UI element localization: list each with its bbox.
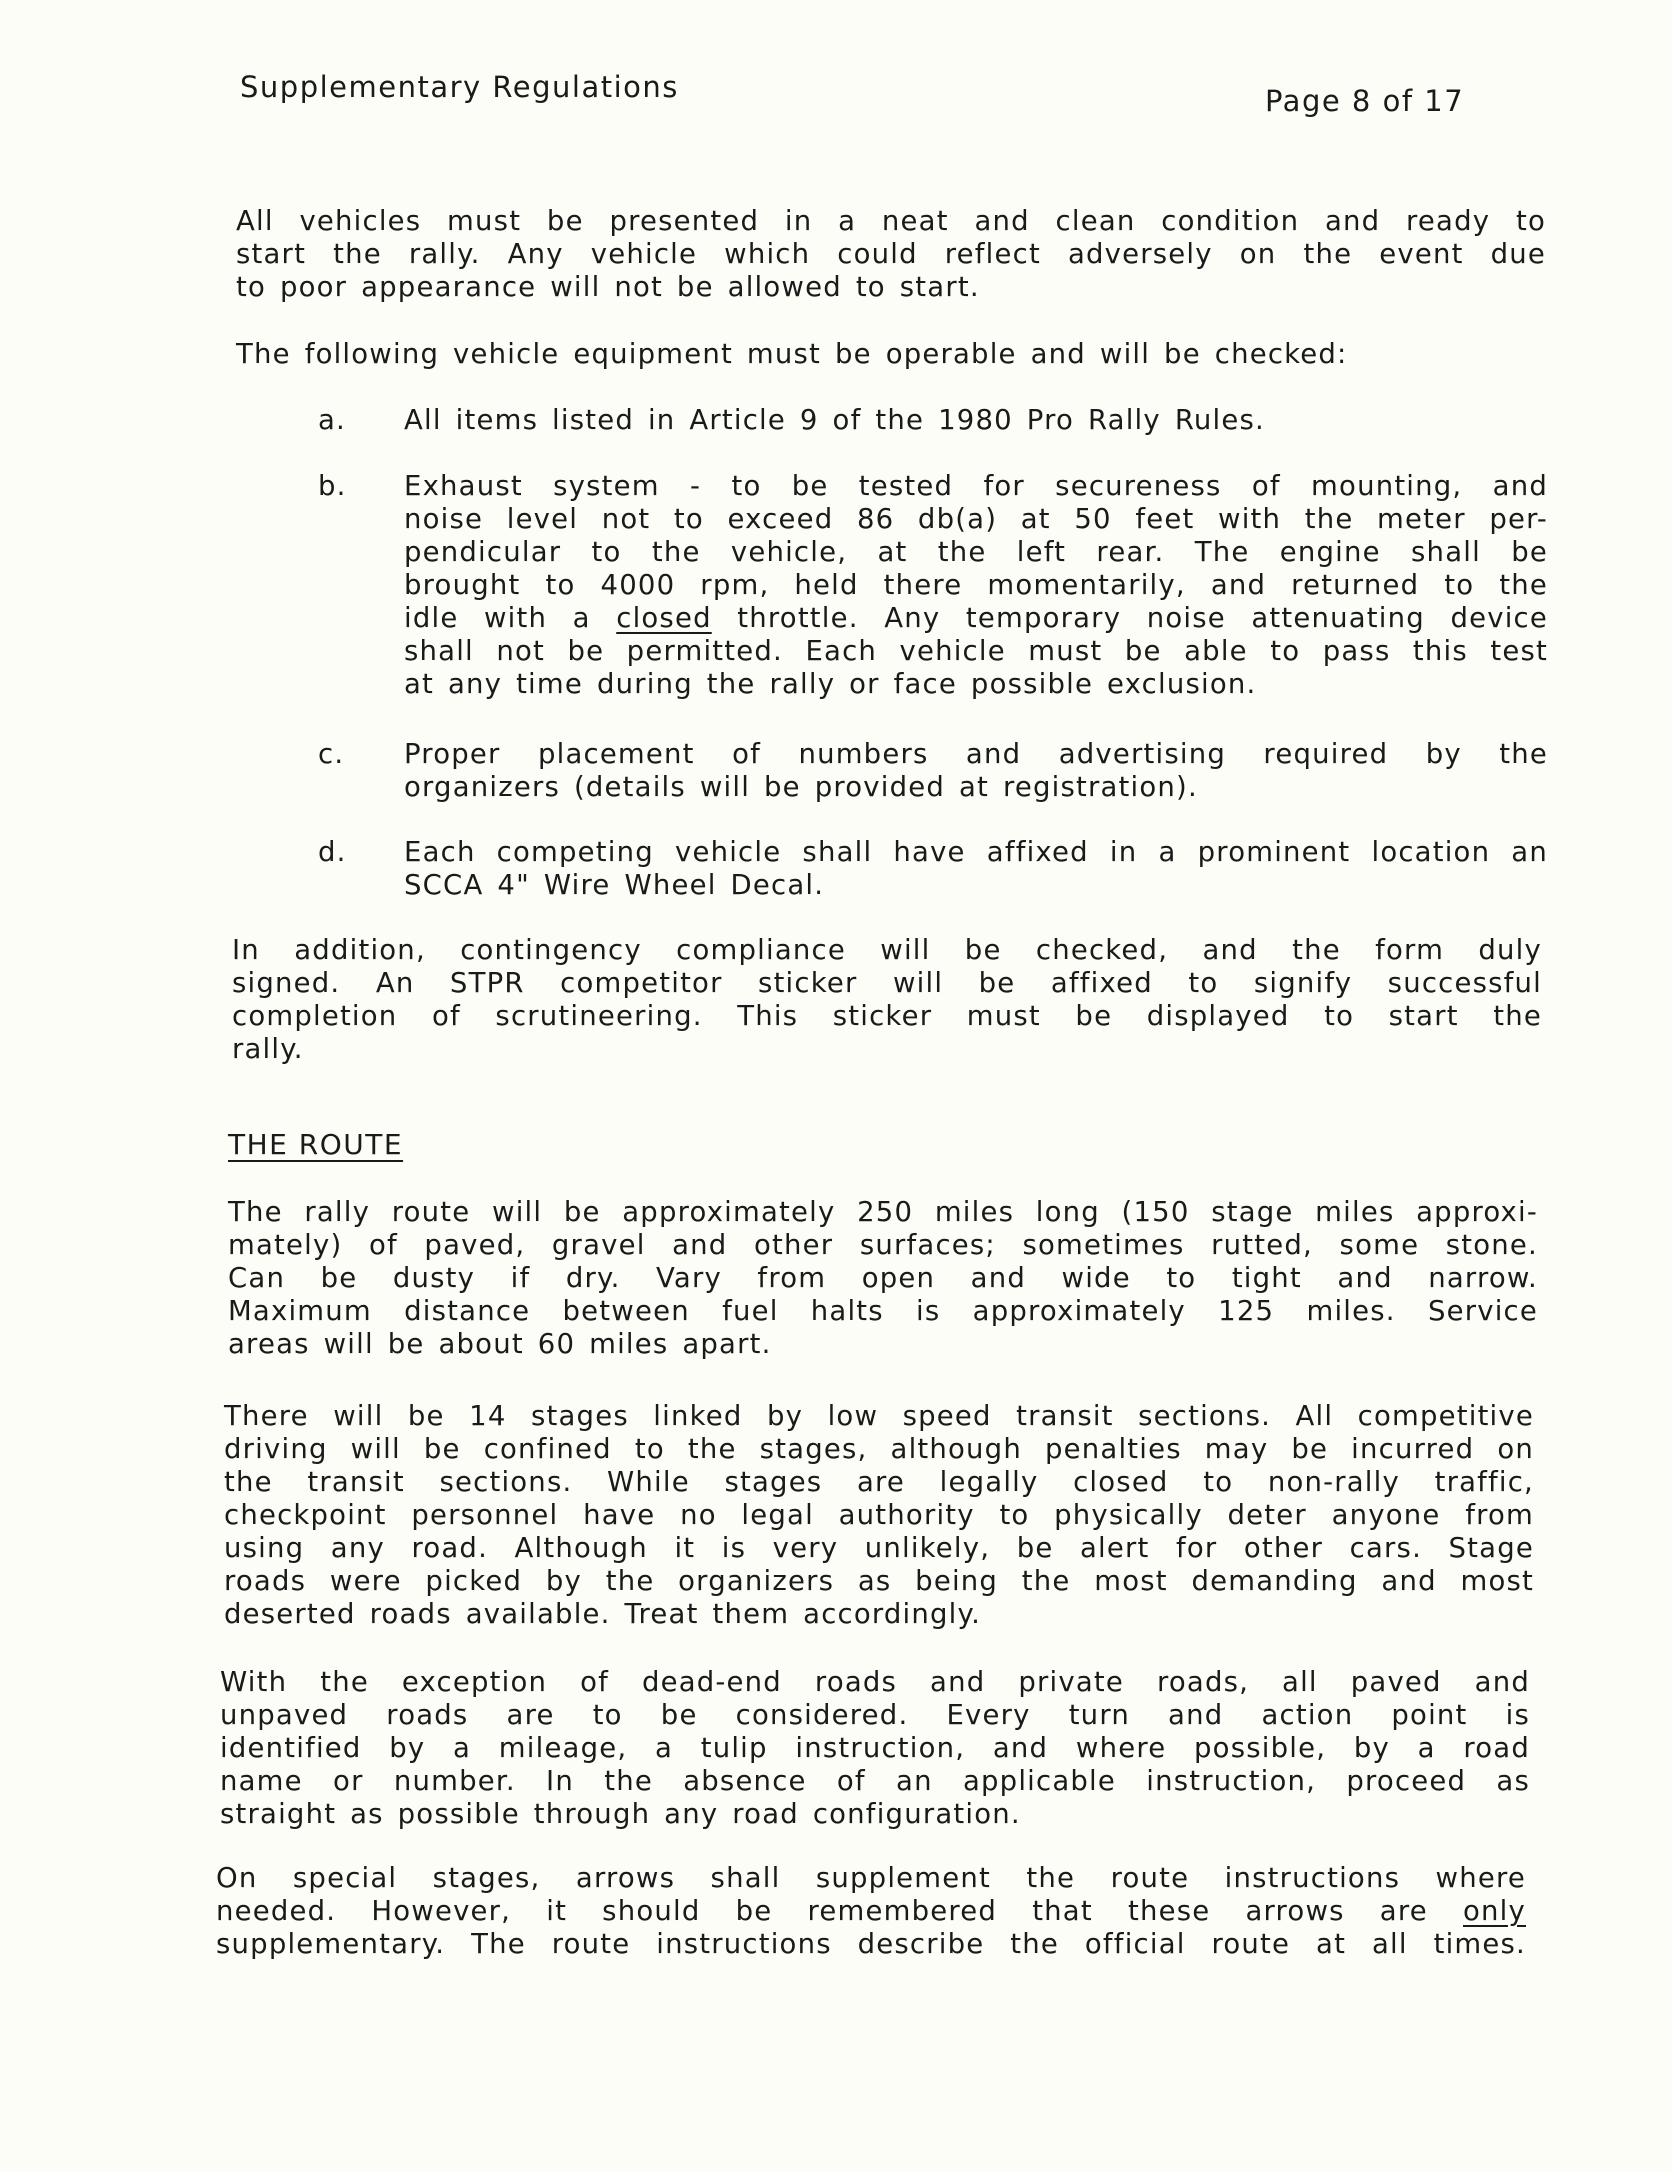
- text-line: Proper placement of numbers and advertis…: [404, 738, 1548, 771]
- underlined-word-only: only: [1463, 1895, 1526, 1927]
- text-line: Can be dusty if dry. Vary from open and …: [228, 1262, 1538, 1295]
- text-line: Maximum distance between fuel halts is a…: [228, 1295, 1538, 1328]
- text-line: supplementary. The route instructions de…: [216, 1928, 1526, 1961]
- text-line: completion of scrutineering. This sticke…: [232, 1000, 1542, 1033]
- text-line: On special stages, arrows shall suppleme…: [216, 1862, 1526, 1895]
- text-line: unpaved roads are to be considered. Ever…: [220, 1699, 1530, 1732]
- route-paragraph-1: The rally route will be approximately 25…: [228, 1196, 1538, 1361]
- text-line: SCCA 4" Wire Wheel Decal.: [404, 869, 1548, 902]
- text-line: identified by a mileage, a tulip instruc…: [220, 1732, 1530, 1765]
- text-line: straight as possible through any road co…: [220, 1798, 1530, 1831]
- text-line: organizers (details will be provided at …: [404, 771, 1548, 804]
- text-line: name or number. In the absence of an app…: [220, 1765, 1530, 1798]
- text-line: In addition, contingency compliance will…: [232, 934, 1542, 967]
- text-line: to poor appearance will not be allowed t…: [236, 271, 1546, 304]
- text-fragment: needed. However, it should be remembered…: [216, 1895, 1428, 1927]
- item-label: a.: [318, 404, 378, 437]
- item-label: c.: [318, 738, 378, 771]
- text-line: rally.: [232, 1033, 1542, 1066]
- text-line: noise level not to exceed 86 db(a) at 50…: [404, 503, 1548, 536]
- text-line: signed. An STPR competitor sticker will …: [232, 967, 1542, 1000]
- text-line: deserted roads available. Treat them acc…: [224, 1598, 1534, 1631]
- text-fragment: idle with a: [404, 602, 591, 634]
- document-page: Supplementary Regulations Page 8 of 17 A…: [0, 0, 1672, 2172]
- route-paragraph-2: There will be 14 stages linked by low sp…: [224, 1400, 1534, 1631]
- intro-paragraph: All vehicles must be presented in a neat…: [236, 205, 1546, 304]
- text-line: The rally route will be approximately 25…: [228, 1196, 1538, 1229]
- text-line-with-emphasis: needed. However, it should be remembered…: [216, 1895, 1526, 1928]
- text-line: All vehicles must be presented in a neat…: [236, 205, 1546, 238]
- text-line: using any road. Although it is very unli…: [224, 1532, 1534, 1565]
- text-line: With the exception of dead-end roads and…: [220, 1666, 1530, 1699]
- underlined-word-closed: closed: [616, 602, 712, 634]
- text-line-with-emphasis: idle with a closed throttle. Any tempora…: [404, 602, 1548, 635]
- text-line: at any time during the rally or face pos…: [404, 668, 1548, 701]
- text-line: areas will be about 60 miles apart.: [228, 1328, 1538, 1361]
- text-line: brought to 4000 rpm, held there momentar…: [404, 569, 1548, 602]
- page-indicator: Page 8 of 17: [1265, 84, 1464, 118]
- text-line: driving will be confined to the stages, …: [224, 1433, 1534, 1466]
- item-label: d.: [318, 836, 378, 869]
- text-line: pendicular to the vehicle, at the left r…: [404, 536, 1548, 569]
- text-line: All items listed in Article 9 of the 198…: [404, 404, 1548, 437]
- text-line: checkpoint personnel have no legal autho…: [224, 1499, 1534, 1532]
- document-title: Supplementary Regulations: [240, 70, 679, 104]
- addition-paragraph: In addition, contingency compliance will…: [232, 934, 1542, 1066]
- text-line: start the rally. Any vehicle which could…: [236, 238, 1546, 271]
- text-line: the transit sections. While stages are l…: [224, 1466, 1534, 1499]
- text-line: shall not be permitted. Each vehicle mus…: [404, 635, 1548, 668]
- text-line: mately) of paved, gravel and other surfa…: [228, 1229, 1538, 1262]
- text-fragment: throttle. Any temporary noise attenuatin…: [737, 602, 1548, 634]
- text-line: Exhaust system - to be tested for secure…: [404, 470, 1548, 503]
- text-line: The following vehicle equipment must be …: [236, 338, 1546, 371]
- text-line: Each competing vehicle shall have affixe…: [404, 836, 1548, 869]
- section-title-route: THE ROUTE: [228, 1128, 403, 1161]
- route-paragraph-3: With the exception of dead-end roads and…: [220, 1666, 1530, 1831]
- text-line: There will be 14 stages linked by low sp…: [224, 1400, 1534, 1433]
- equipment-intro: The following vehicle equipment must be …: [236, 338, 1546, 371]
- item-label: b.: [318, 470, 378, 503]
- text-line: roads were picked by the organizers as b…: [224, 1565, 1534, 1598]
- route-paragraph-4: On special stages, arrows shall suppleme…: [216, 1862, 1526, 1961]
